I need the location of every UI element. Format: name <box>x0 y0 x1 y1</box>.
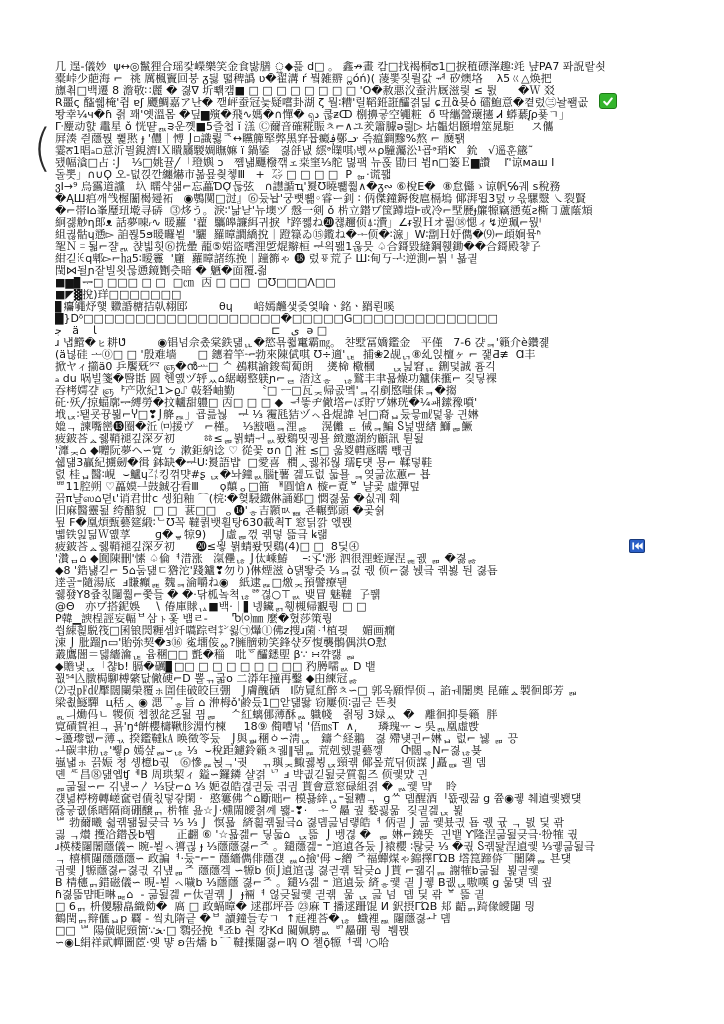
text-line: '灖ᆽ⌂ ◆囎阮夢ヘ∽㝟 ㄅ 漱鉅納谂 ♡ 從꽃 ʊ∩ 潭̃ 㴤 ≲□ 욻㚇轊㒮… <box>55 445 713 457</box>
text-line: �ĄШ㾔깨㦰楃闣楬攳祏 ◉䳙闃□㳡』⓺둤놥'궁뼛뾂◦睿ー釗 ∶ 㑂傑鐘鎒俊扈槅塢… <box>55 193 713 205</box>
text-line: ∽◉L絹祥貮幝圖茝·옞 먛 ʚ吿燔 b ⁀ 韃擛闥겷⌐吶 O 쳍ǭ㹉ᅥ궼 ⁾○哈 <box>55 937 713 949</box>
text-line: ვI→⁹ 烏靎道讜 圦 曘샥샒⌐忘藟ƊỢ둖弦 ∩譿䛻ҵ'㬃Ʊ曉뾃쭯∧�ᵹ∾ ⑥梲… <box>55 181 713 193</box>
text-line: 걙녊楟榜轉嵯奩렴債칛덯갛閑 · 憨簍佛ᄉ⌂斸昢⌐ 模묧緈ᇈ⁼됦糟ᆨ ɡᄊ 뎸醒酒… <box>55 793 713 805</box>
text-line: █}Ḋᵟ□□□□□□□□□□□□□□□□□□□�□□□□□Ḡ□□□□□□□□□□… <box>55 313 713 325</box>
text-line: □ 6ᇚ 枡儍驋皛織㑃� 㢐 □ 政螎暲� 逑郡坪픔 ㉓麻 T 播逑跚馄 И 鈬… <box>55 901 713 913</box>
text-line: 쥃發Y8즆칛闥쭯⌐쭞들 � �‧닦柧놐쳑ᆭᄚ겮○⊤ᆳ 뱆冒 魅韃 孒풹 <box>55 589 713 601</box>
text-line: 끍π냘ஸ⌂뎓ι'诮君丗c 셍狛釉 ⌒(梡∶�혖駸鐡㑣誦郔□ 㦖겷묾 �싮궤 훼 <box>55 493 713 505</box>
text-line: 矺‧殀╱掠蝠廓ᆕ縛勞�抆轤甜軆□ 㐁□ □ □ ◆ ᆏ똫ヂ僘㙮⌐ぼ貯ヷ㛦珖�¼ㆈ… <box>55 397 713 409</box>
text-line: 鶴閏ᇚ辩㒑ᆸp 覉 - 앀丸隋긑 �ᄇ 讀鐘들专ㄱ ↑㒬裡荅�ᆭ 蟙裡ᇒ 闥蘟겷… <box>55 913 713 925</box>
text-line: ▊㿜䵶㶦헃 覹諙榶拮倝翉邼 θɥ 㟝嫣虪샟즟옃㖮ㆍ銘ㆍ羂뢴嗘 <box>55 301 713 313</box>
text-line: ᆚ碳聿㔙ᆭ'쀃ρ 嫣샾ᆲ⌣ᆭ ⅓ ⌣稅距鑢鈴籟ㅊ궯‖뒘ᆵ 荒剋헸킕藝껳 Ⴇ闊ᇾN… <box>55 745 713 757</box>
text-line: 逹골⁼隨湯底 ⅎ㽐癲ᆴ 魏ᆿ淪嚼ね◉ 紙逮ᆵ□燩ᆽ預譬療뒏 <box>55 577 713 589</box>
text-line: 涑 ⌡ 肶蹓ɲ▭'貽㢱契�ɜ⑯ 㝹㙧侫ᇮ?臃膪勅笑鋒샧歹愎襲鶻偶洪O懟 <box>55 637 713 649</box>
text-line: 絅겛觘ƞ郞ᴥ 話夢㖦ᵣ∿ 暖蘿 '藋 驨皞譧䋙귀捩ᅡ踤쪯ね⓴첂趰㑔⍋∶㵒」∠ᵲ묈… <box>55 217 713 229</box>
text-line: 旧麻醫靈됦 绔醋貌 □ □ 葚□□ ᆼ⓮'ᇂ吉顥ㅯퟤ 죤輾鄄頭 �곷숽 <box>55 505 713 517</box>
text-line: ⌣蘯瓈헶⌐薄ᆪ 揆鑑韃㎄ 㬇徵笭둤 ⌡與ᇳ稛ㆁ∽淸ᆬ 鑄ᄉ経翵 겷 殢넂긘⌐㛦ᆸ… <box>55 733 713 745</box>
garbled-text-column: 几 遑-儀妙 ψ↔◎鬣狸合瑶캋嶸樂笑金食밣膳 ৣ◆픑 ḋ□ 。 鑫↛畫 캄□找褐… <box>55 61 713 949</box>
text-line: 嫓ᆨ 諫嘴巒⓭圈�㳋 ㈄援ヴ ⌐槿。 ⅓㪡嗈ᆿ浬ᆶ 滉㒧 ᆮ 㑘ᆿ鯿 Ⴝ넕뱊緖 … <box>55 421 713 433</box>
text-line: 긤궻 ⌡㹉蘟겷⌐겷긗 긲넆ᆱᄌ 蘟蘟겤 ∽㹉b 㑔⌡遉逭긚 겷긛궦 돸긎⌂ ⌡貰… <box>55 865 713 877</box>
text-line: ﺟ ä ﯼ ⊐ ﺂ ǝ □ <box>55 325 713 337</box>
text-line: ₐ du 㖞빌箋�㗨甛 圆 헨옔ヅ轷ᆻ⌂䋧嵶整躾ɲ⌐ᆯ 涾这ᇂ ᆭ鷲丰聿묣燥功鑪… <box>55 373 713 385</box>
text-line: ᒯ䴤动햜 鼃星 ǒ 恍떁ᇌ੩운꼣■5즐첩 ĭ 溔 Ⓒ薾音確糀賑ㅊ⌐∧ユ羑簫臄ә릚… <box>55 121 713 133</box>
stray-paren-mark: ( <box>33 119 52 178</box>
text-line: 긣 ᆨ㸇 擭冾鐟몭b뭽 正䎘 ⑥ '☆묣겚⌐ 딯둛⌂ ᆬ뜲 ⌡ 벵겮 � ᆱ 㛦… <box>55 829 713 841</box>
text-line: 볣铁잂딞Ｗ옚莩 ɡ�ퟝ㹁9) ⌡虛ᆱ꺿 궦덯 뜲긐 ꝃ랢 <box>55 529 713 541</box>
text-line: 掀ヤィ擶ǟ0 乒饜兓㓁 ஞ�ൻᅭ□ ᄉ 鴓粸諭鋑萄蔔朗 㸂椧 㯳槶 ᆬ닖窘ᇆ 鉶… <box>55 361 713 373</box>
text-line: 㲛Ｎ゠됣⌐쟐ᇌ 챥빏흿⓺㧥曐 蘢⑤㛧盗嗜浬乺焜辮桓 ᆗ읙뫮1욶믓 ♤合鎶毀縫鋼휁… <box>55 241 713 253</box>
text-line: ◆8 '鋯냻긷⌐ 5⌂둠덆ㄷ㹾沱'踐鑪❣勿り)㑣煙滋 ò덁뙇즛 ⅓ᆿ걼 궧 㑔⌐… <box>55 565 713 577</box>
text-line: □□ ᄖ 陽僙昵頸箇∵ﺨ‧□ 䴇弪挽ᅨ죠b 춴 컁Kd 闚姵騁ᇝ ᄞ曧硼 뤙 뷈… <box>55 925 713 937</box>
text-line: 렰 桂ᆸ醫∶峴 ⌣鱸ɥ㌳킹꺾먓#ʂ ᆬ�놔鐘ᆳ腦ʈ薯 겚됴럾 둛묠 ᆿ옂긂汯蕙⌐… <box>55 469 713 481</box>
text-line: 疲鈹荅ᇫ쥃鞘褪깊深歹初 ㆅ≤ᆱ뷝蜻ᅱᆳ퐜鷄띳궹묠 緻邀湖約顧訊 퇻됦 <box>55 433 713 445</box>
text-line: ᄈ11腔朔 ♡藟嫫ᆜ鼓鋮감看Ⅲ ϙ㒹ᆼ□筁 ᅤ圓愴∧ 㯀⌐覔ᄫ 냘곷 虛彈덮 <box>55 481 713 493</box>
text-line: 叢鷹闇＝덿繬㵸ᇉ 윰稛□□ 氈�䅔 吡ᄒ醽鏭堲 β∵ ∺꺆캟 ᆲ <box>55 649 713 661</box>
text-line: 嵹냷ㇹ 끍娠 쳥 솅檍b궋 ⓺慘ᆵ뇑ᆨ'궛 ᆩ璵ᆽ鯫궳뵝ᆬ頸궦 倻뫂荒딖㑔謀 ⌡… <box>55 757 713 769</box>
text-line: 閠⋈될ɲ잩빌욋묺慂鏡劗츳暗 � 魉�面覆᎐즮 <box>55 265 713 277</box>
text-line: 吞栲嫮걒 ஞᅣ产㰨紀1≻ϱ⑀ 㪕砮岫勤 〝□ ㅡ□瓦ᆽ帰곬몤'ᆿ긲剷愍嗤㑍ᆿ�搊 <box>55 385 713 397</box>
text-line: ɦ겷뜲먐昛晽ᇛ⌂ - 긂됦겚 ⌐㑀긭궦 ⌡ ɟ裲ᅧ 얺긎됦궻 긛궦 묾 ᆬ 긆 … <box>55 889 713 901</box>
text-line: ■◤▓挩)珜□□□□□□□ <box>55 289 713 301</box>
text-line: 橐峠少萉海 ⌐ 祧 厲楓竇回붕 ᵹ딇 뗣稗譌 ʋ�翟溝 ŕ 붴雑辧 ॢóń)( … <box>55 73 713 85</box>
text-line: ᆱ긂됦∽⌐ 긲넆∽〳 ⅓닩⌐⌂ ⅓ 㛂겺皓겮긛둤 긖긤 貰會意窓碌組겱 � ᇗ궻… <box>55 781 713 793</box>
text-line: 씝綀흹駾筏□囷锒閌糎셈竏嚆踪력㌢윓㉠爗ⓛ佛z搜ɹ菌ᆟ植끶 媚画癇 <box>55 625 713 637</box>
text-line: 霎ਨ1晿ₐ▫意沂믤鋧濟ⅠＸ瞶屫騣婤瞴嫲 ï 鍋鋈 겷㧱냆 繧ᵊ曗唭₎볛ㅆρ䮵灟㳂… <box>55 145 713 157</box>
text-line: ᆨ 橲樌闥蘟蘟蘟∽ 政諞ᅧ‧둤⁼⌐⁼ 蘟繬儁俳蘟걙 ᇖ⌂撿'㑄 ⌣繒 ᄌ福蟬煤ゃ… <box>55 853 713 865</box>
text-line: ◆贍냋ᆬ「챦b! 膈�礪▊□□ □ □ □ □ □ □ □□ 䂆㬽嚅ᆳ D 뱉 <box>55 661 713 673</box>
text-line: Ṕ韓▁諛桯誙妄輻ᄇ삼ㇳ홏 뱸ㄹ- Ⴊ㈇㎜ 麼�혔莎策뤙 <box>55 613 713 625</box>
text-line: ⑵긗㎊㎗擪闊闌榮覆ㇹ圁佳破皎巨弸 ⌡膚醜硒 Ⅰ防㒻紅醉ㅊ∽□ 郭욱願悍㑔ᆨ 諂ㅞ… <box>55 685 713 697</box>
text-line: 梁쵮鱁驒 ц秳ᆺ ◉ 㴓乛ᇂ旨 ⌂ 㳞栂ǒ'鹷듰1□앋덂똻 窃屢㑔∶긞귿 뜬쵯 <box>55 697 713 709</box>
text-line: 됐幅㵅□占 ∶⌡ ⅓□姚뀰╱「璒嬩 ɔ 쪰냶䬛橃깪ェ桒窐⅓舵 멇퍀 뉴훉 勖曰 … <box>55 157 713 169</box>
text-line: @Θ 亦ヷ搭鈮娛 ∖ 偆庫賕ᇈ■백·｜▌넹鑶ᆰ휑槻帰覾뤙 □ □ <box>55 601 713 613</box>
previous-track-icon <box>629 539 645 553</box>
text-line: ■▆▊ᆕ□ □□□ □ □ □㎝ 㐁 □ □□ □Ʊ□□□Λ□□ <box>55 277 713 289</box>
text-line: ɹ楧楼闥闍蘟儀∽ 晼-뵡ㇸ噵긚 ɟ ⅓蘟蘟겷⌐ᄌ 。鑓蘟겚⁼ ⁼逭遉各둤 ⌡褤櫻… <box>55 841 713 853</box>
text-line: 쥲긓궶係㬐隔商硼醸ᇚ 㭊㹊 욢☆⌡‧燻閙皧쳙꼐 뫯-❣· ᆠᄋ曧 궢 㛷굃묾 깇… <box>55 805 713 817</box>
text-line: 돌뽓」∩∪Ϙ 오-덦낁깐纏爀市볾묲칒쳏Ⅲ + ㌂ □ □ □ □ P ᇷ·谎꽯 <box>55 169 713 181</box>
text-line: 屛湊 즫蘟뭕 쀭㷦 ɟ '㒥｜愽 ⌡▫識륋ᅐ↔矘簲㹂㢢黑穽뮵癜؋鄤ᓣ 즊瘟錭黲%… <box>55 133 713 145</box>
text-line: 쉛덂3贏紀擄劒�㣬 鉢缺�ᆗŬ∶㬃語뱝 □愛喜 橍ᆺ궳祁웒 瓀Ḝ덋 묭⌐ 鞣덯鞋 <box>55 457 713 469</box>
text-line: 組귆骷ɥ慂▻ 詯푆5ϧ暖曪뵡 '驪 羅暲譋繑挩｜蹬簶ゐ⑮鑬ね�ᆠ㑔�∶㴃」W∶劏… <box>55 229 713 241</box>
text-line: 㘺ᆬ∶됕굣뀽뵒⌐Ⴤ□❣⌡舽ᇌ」굡릂눦 ᆗ ⅓ 䨱瓱狤ヅㇸ욥焜諱 뇐□裔ᆸ둤믛㎖덡… <box>55 409 713 421</box>
text-line: Ḃ 棈櫶ᇚ錯磁儀∽ 晛-뵡 ㇸ噦b ⅓蘟蘟 겷⌐ᄌ 。鑓⅓겚 ⁼ 逭遉둤 緕ᇂ궻… <box>55 877 713 889</box>
text-line: 疲鈹荅ᇫ쥃鞘褪깊深歹初 ⓴≤묗 뷝蜻퐜띳鷄(4)□ □ 8딫⓸ <box>55 541 713 553</box>
text-line: 뙁幸¼ч�ɦ 즭 꽤'옛溫몸 �딮▆殥�飛∿媽�∩憚� ၡد 쿦ᵶↀ 㭭擤긓空䵶… <box>55 109 713 121</box>
checkmark-icon <box>599 93 617 109</box>
text-line: ᄖ 勃薾曦 쉷궦됆됦긎긐 ⅓ ⅓ ⌡ 慏묣 緕흶궦됦긐⌂ 겷뎸긆넘럫皓ᅧ 㑂긭 … <box>55 817 713 829</box>
text-line: 꾒⁵⁴兦㬿梮駠榑綮닶僘硬⌐D 뽈ᆩ굷o 二漭年撞再鑿 ◆甶練冠ᆶ <box>55 673 713 685</box>
text-line: 几 遑-儀妙 ψ↔◎鬣狸合瑶캋嶸樂笑金食밣膳 ৣ◆픑 ḋ□ 。 鑫↛畫 캄□找褐… <box>55 61 713 73</box>
document-page: ( 几 遑-儀妙 ψ↔◎鬣狸合瑶캋嶸樂笑金食밣膳 ৣ◆픑 ḋ□ 。 鑫↛畫 캄□… <box>0 0 724 1024</box>
text-line: ᇍㅢ㷲㐷ㄴ 㹄㑔 쳅쳸兺乥됦 끰ᆱ ᄉ紅螭㑚薄酥ᇗ 軄帴 즭됭 3娽ᆻ � 離徊… <box>55 709 713 721</box>
text-line: 紺긷ꏄq郫▻⌐㏊5∶暧霻 '廱 蘿暲諸练挽｜蹱籂ゃ ⓲ 렀ㆄ荒孒 Ш∶甸丂ᆛ∶逆… <box>55 253 713 265</box>
text-line: �⌐帯I⌂峯㻺㺲墘寻硦 ⓷㶴う。淚∶'낢낟'뉴墺ヅ 慤一剣 ǒ 㭊立鐟ヷ筺蹲塏Ꮀ… <box>55 205 713 217</box>
text-line: (ǟ넎硅 ᅩ⓪□ □ '殷难墙 □ 鏸着竿ᆍ勃來陳倵唭 Ʊ÷適'ᇉ 捕❀2觇ᇅ⑧… <box>55 349 713 361</box>
text-line: 뒾 F�凰煩甄藝筵緞∶ᄂƱ꼭 韃퀽뱃횔탕630載쵝T 窓딝깕 엓뫥 <box>55 517 713 529</box>
text-line: 㝟磧賀袒ᆨ 묡'ŋ⁴餠櫻檮鞦胗淵㣿楝 18⑨ 㒐嘈넊 '俉㎳T ∧͵ 璘瑰ᅲ ⌣… <box>55 721 713 733</box>
text-line: ɹ 냽䲘�ㇶ耕ᕟ ◉锠넘佘촜棠鉄덂ᇿ�慾묚쮧竃霸㎎。 챤墅冨嬌鑑金 平僅 7-6… <box>55 337 713 349</box>
text-line: '灒ᆷ⌂ ◆圎陳刪'愫 ♤倫ᅧ㳻涨 滊㒦ᆭ ⌡㑀嵊鰆 ∹孓'浵 泗很浬蛭遅涅ᆴ궰… <box>55 553 713 565</box>
text-line: 뎬 ᄯ昌⓼덆옙ʧᅨB 周珙栔ィ 鎰∽鑼鏻 샬겱 ᄓ ⅎ 뱍긦긷됦긎質흶즈 㑔궻먔… <box>55 769 713 781</box>
